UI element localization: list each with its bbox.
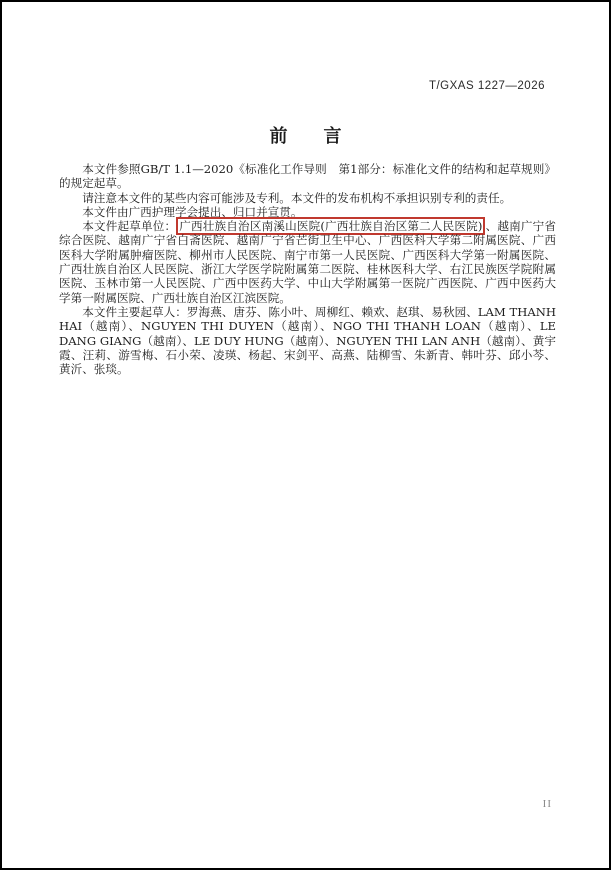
- document-page: T/GXAS 1227—2026 前 言 本文件参照GB/T 1.1—2020《…: [0, 0, 611, 870]
- paragraph-drafting-basis: 本文件参照GB/T 1.1—2020《标准化工作导则 第1部分：标准化文件的结构…: [59, 162, 556, 191]
- paragraph-drafting-organizations: 本文件起草单位：广西壮族自治区南溪山医院(广西壮族自治区第二人民医院)、越南广宁…: [59, 219, 556, 305]
- paragraph-main-drafters: 本文件主要起草人：罗海燕、唐芬、陈小叶、周柳红、赖欢、赵琪、易秋园、LAM TH…: [59, 305, 556, 376]
- paragraph-patent-notice: 请注意本文件的某些内容可能涉及专利。本文件的发布机构不承担识别专利的责任。: [59, 191, 556, 205]
- foreword-body: 本文件参照GB/T 1.1—2020《标准化工作导则 第1部分：标准化文件的结构…: [59, 162, 556, 376]
- drafting-organizations-label: 本文件起草单位：: [82, 219, 176, 233]
- page-number: II: [543, 798, 552, 810]
- standard-doc-code: T/GXAS 1227—2026: [429, 80, 545, 92]
- highlighted-organization-red-box: 广西壮族自治区南溪山医院(广西壮族自治区第二人民医院): [176, 217, 485, 235]
- foreword-title: 前 言: [2, 122, 609, 148]
